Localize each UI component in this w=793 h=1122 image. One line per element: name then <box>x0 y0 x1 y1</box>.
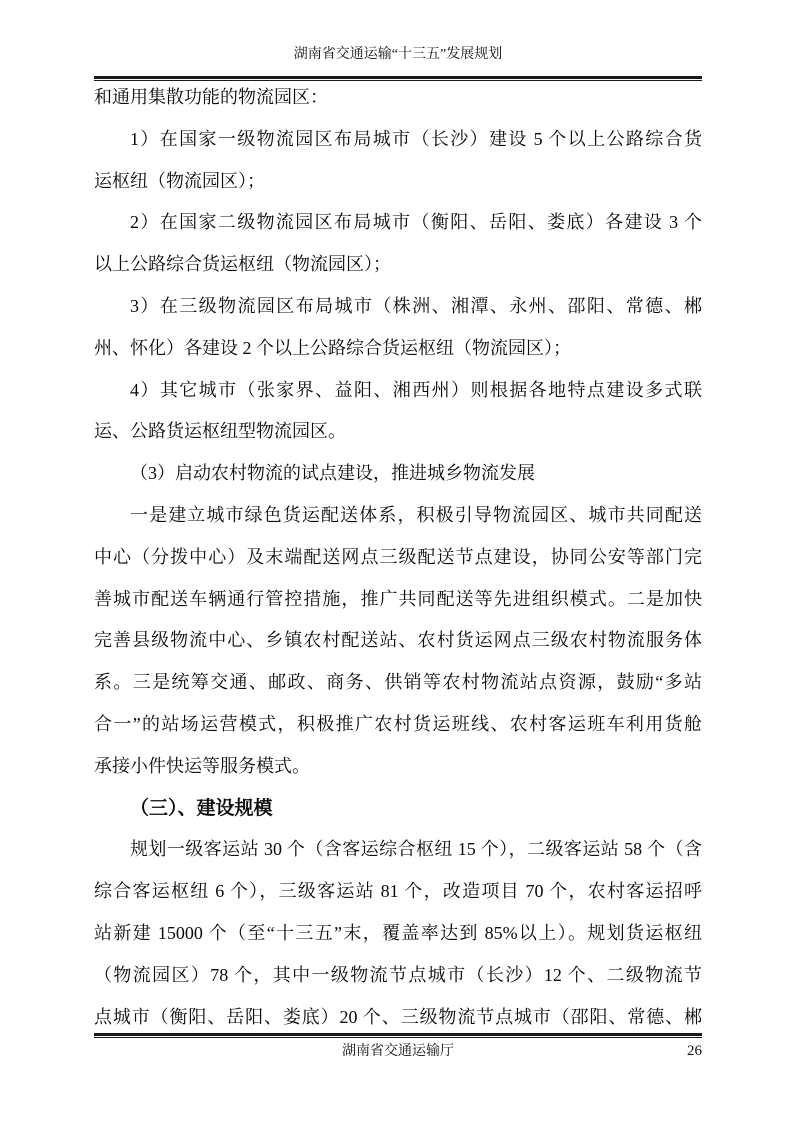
body-line: 4）其它城市（张家界、益阳、湘西州）则根据各地特点建设多式联 <box>94 370 702 412</box>
footer-rule <box>94 1033 702 1038</box>
body-line: 中心（分拨中心）及末端配送网点三级配送节点建设，协同公安等部门完 <box>94 537 702 579</box>
body-line: 3）在三级物流园区布局城市（株洲、湘潭、永州、邵阳、常德、郴 <box>94 286 702 328</box>
body-line: 站新建 15000 个（至“十三五”末，覆盖率达到 85%以上）。规划货运枢纽 <box>94 913 702 955</box>
body-line: 合一”的站场运营模式，积极推广农村货运班线、农村客运班车利用货舱 <box>94 704 702 746</box>
body-line: 完善县级物流中心、乡镇农村配送站、农村货运网点三级农村物流服务体 <box>94 620 702 662</box>
body-line: 一是建立城市绿色货运配送体系，积极引导物流园区、城市共同配送 <box>94 495 702 537</box>
page-number: 26 <box>94 1042 702 1060</box>
document-body: 和通用集散功能的物流园区：1）在国家一级物流园区布局城市（长沙）建设 5 个以上… <box>94 77 702 1038</box>
body-line: 综合客运枢纽 6 个），三级客运站 81 个，改造项目 70 个，农村客运招呼 <box>94 871 702 913</box>
section-heading: （三）、建设规模 <box>94 788 702 830</box>
body-line: 1）在国家一级物流园区布局城市（长沙）建设 5 个以上公路综合货 <box>94 119 702 161</box>
body-line: 规划一级客运站 30 个（含客运综合枢纽 15 个），二级客运站 58 个（含 <box>94 829 702 871</box>
document-page: 湖南省交通运输“十三五”发展规划 和通用集散功能的物流园区：1）在国家一级物流园… <box>0 0 793 1122</box>
body-line: 和通用集散功能的物流园区： <box>94 77 702 119</box>
body-line: 善城市配送车辆通行管控措施，推广共同配送等先进组织模式。二是加快 <box>94 579 702 621</box>
body-line: （3）启动农村物流的试点建设，推进城乡物流发展 <box>94 453 702 495</box>
page-header-title: 湖南省交通运输“十三五”发展规划 <box>94 46 702 64</box>
body-line: 2）在国家二级物流园区布局城市（衡阳、岳阳、娄底）各建设 3 个 <box>94 202 702 244</box>
body-line: 系。三是统筹交通、邮政、商务、供销等农村物流站点资源，鼓励“多站 <box>94 662 702 704</box>
body-line: 以上公路综合货运枢纽（物流园区）； <box>94 244 702 286</box>
body-line: （物流园区）78 个，其中一级物流节点城市（长沙）12 个、二级物流节 <box>94 955 702 997</box>
body-line: 州、怀化）各建设 2 个以上公路综合货运枢纽（物流园区）； <box>94 328 702 370</box>
body-line: 运枢纽（物流园区）； <box>94 161 702 203</box>
body-line: 运、公路货运枢纽型物流园区。 <box>94 411 702 453</box>
body-line: 承接小件快运等服务模式。 <box>94 746 702 788</box>
